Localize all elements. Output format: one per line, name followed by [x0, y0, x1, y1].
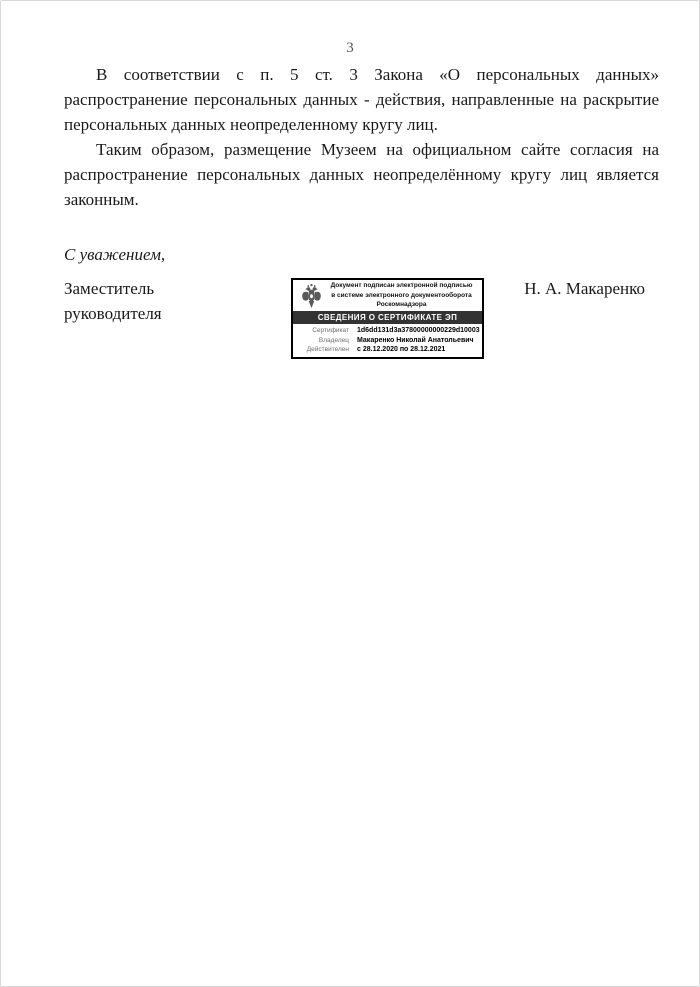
- digital-signature-stamp: Документ подписан электронной подписью в…: [291, 278, 484, 359]
- signer-title-line: Заместитель: [64, 276, 162, 301]
- double-headed-eagle-icon: [299, 283, 324, 309]
- stamp-field-value: Макаренко Николай Анатольевич: [357, 337, 474, 345]
- paragraph: Таким образом, размещение Музеем на офиц…: [64, 137, 659, 212]
- signer-name: Н. А. Макаренко: [524, 276, 659, 301]
- signer-title-line: руководителя: [64, 301, 162, 326]
- stamp-field-value: с 28.12.2020 по 28.12.2021: [357, 346, 445, 354]
- stamp-header-text: Документ подписан электронной подписью в…: [324, 281, 479, 310]
- stamp-field-label: Владелец: [293, 337, 349, 345]
- stamp-title: СВЕДЕНИЯ О СЕРТИФИКАТЕ ЭП: [293, 311, 482, 324]
- signer-title: Заместитель руководителя: [64, 276, 162, 326]
- closing-salutation: С уважением,: [64, 242, 659, 267]
- stamp-field-label: Сертификат: [293, 327, 349, 335]
- stamp-field-row: Сертификат 1d6dd131d3a37800000000229d100…: [293, 327, 478, 335]
- stamp-header: Документ подписан электронной подписью в…: [293, 280, 482, 311]
- page-number: 3: [1, 1, 699, 57]
- stamp-field-row: Действителен с 28.12.2020 по 28.12.2021: [293, 346, 478, 354]
- stamp-field-row: Владелец Макаренко Николай Анатольевич: [293, 337, 478, 345]
- paragraph: В соответствии с п. 5 ст. 3 Закона «О пе…: [64, 62, 659, 137]
- stamp-field-value: 1d6dd131d3a37800000000229d10003: [357, 327, 480, 335]
- stamp-field-label: Действителен: [293, 346, 349, 354]
- stamp-fields: Сертификат 1d6dd131d3a37800000000229d100…: [293, 324, 482, 354]
- document-page: 3 В соответствии с п. 5 ст. 3 Закона «О …: [0, 0, 700, 987]
